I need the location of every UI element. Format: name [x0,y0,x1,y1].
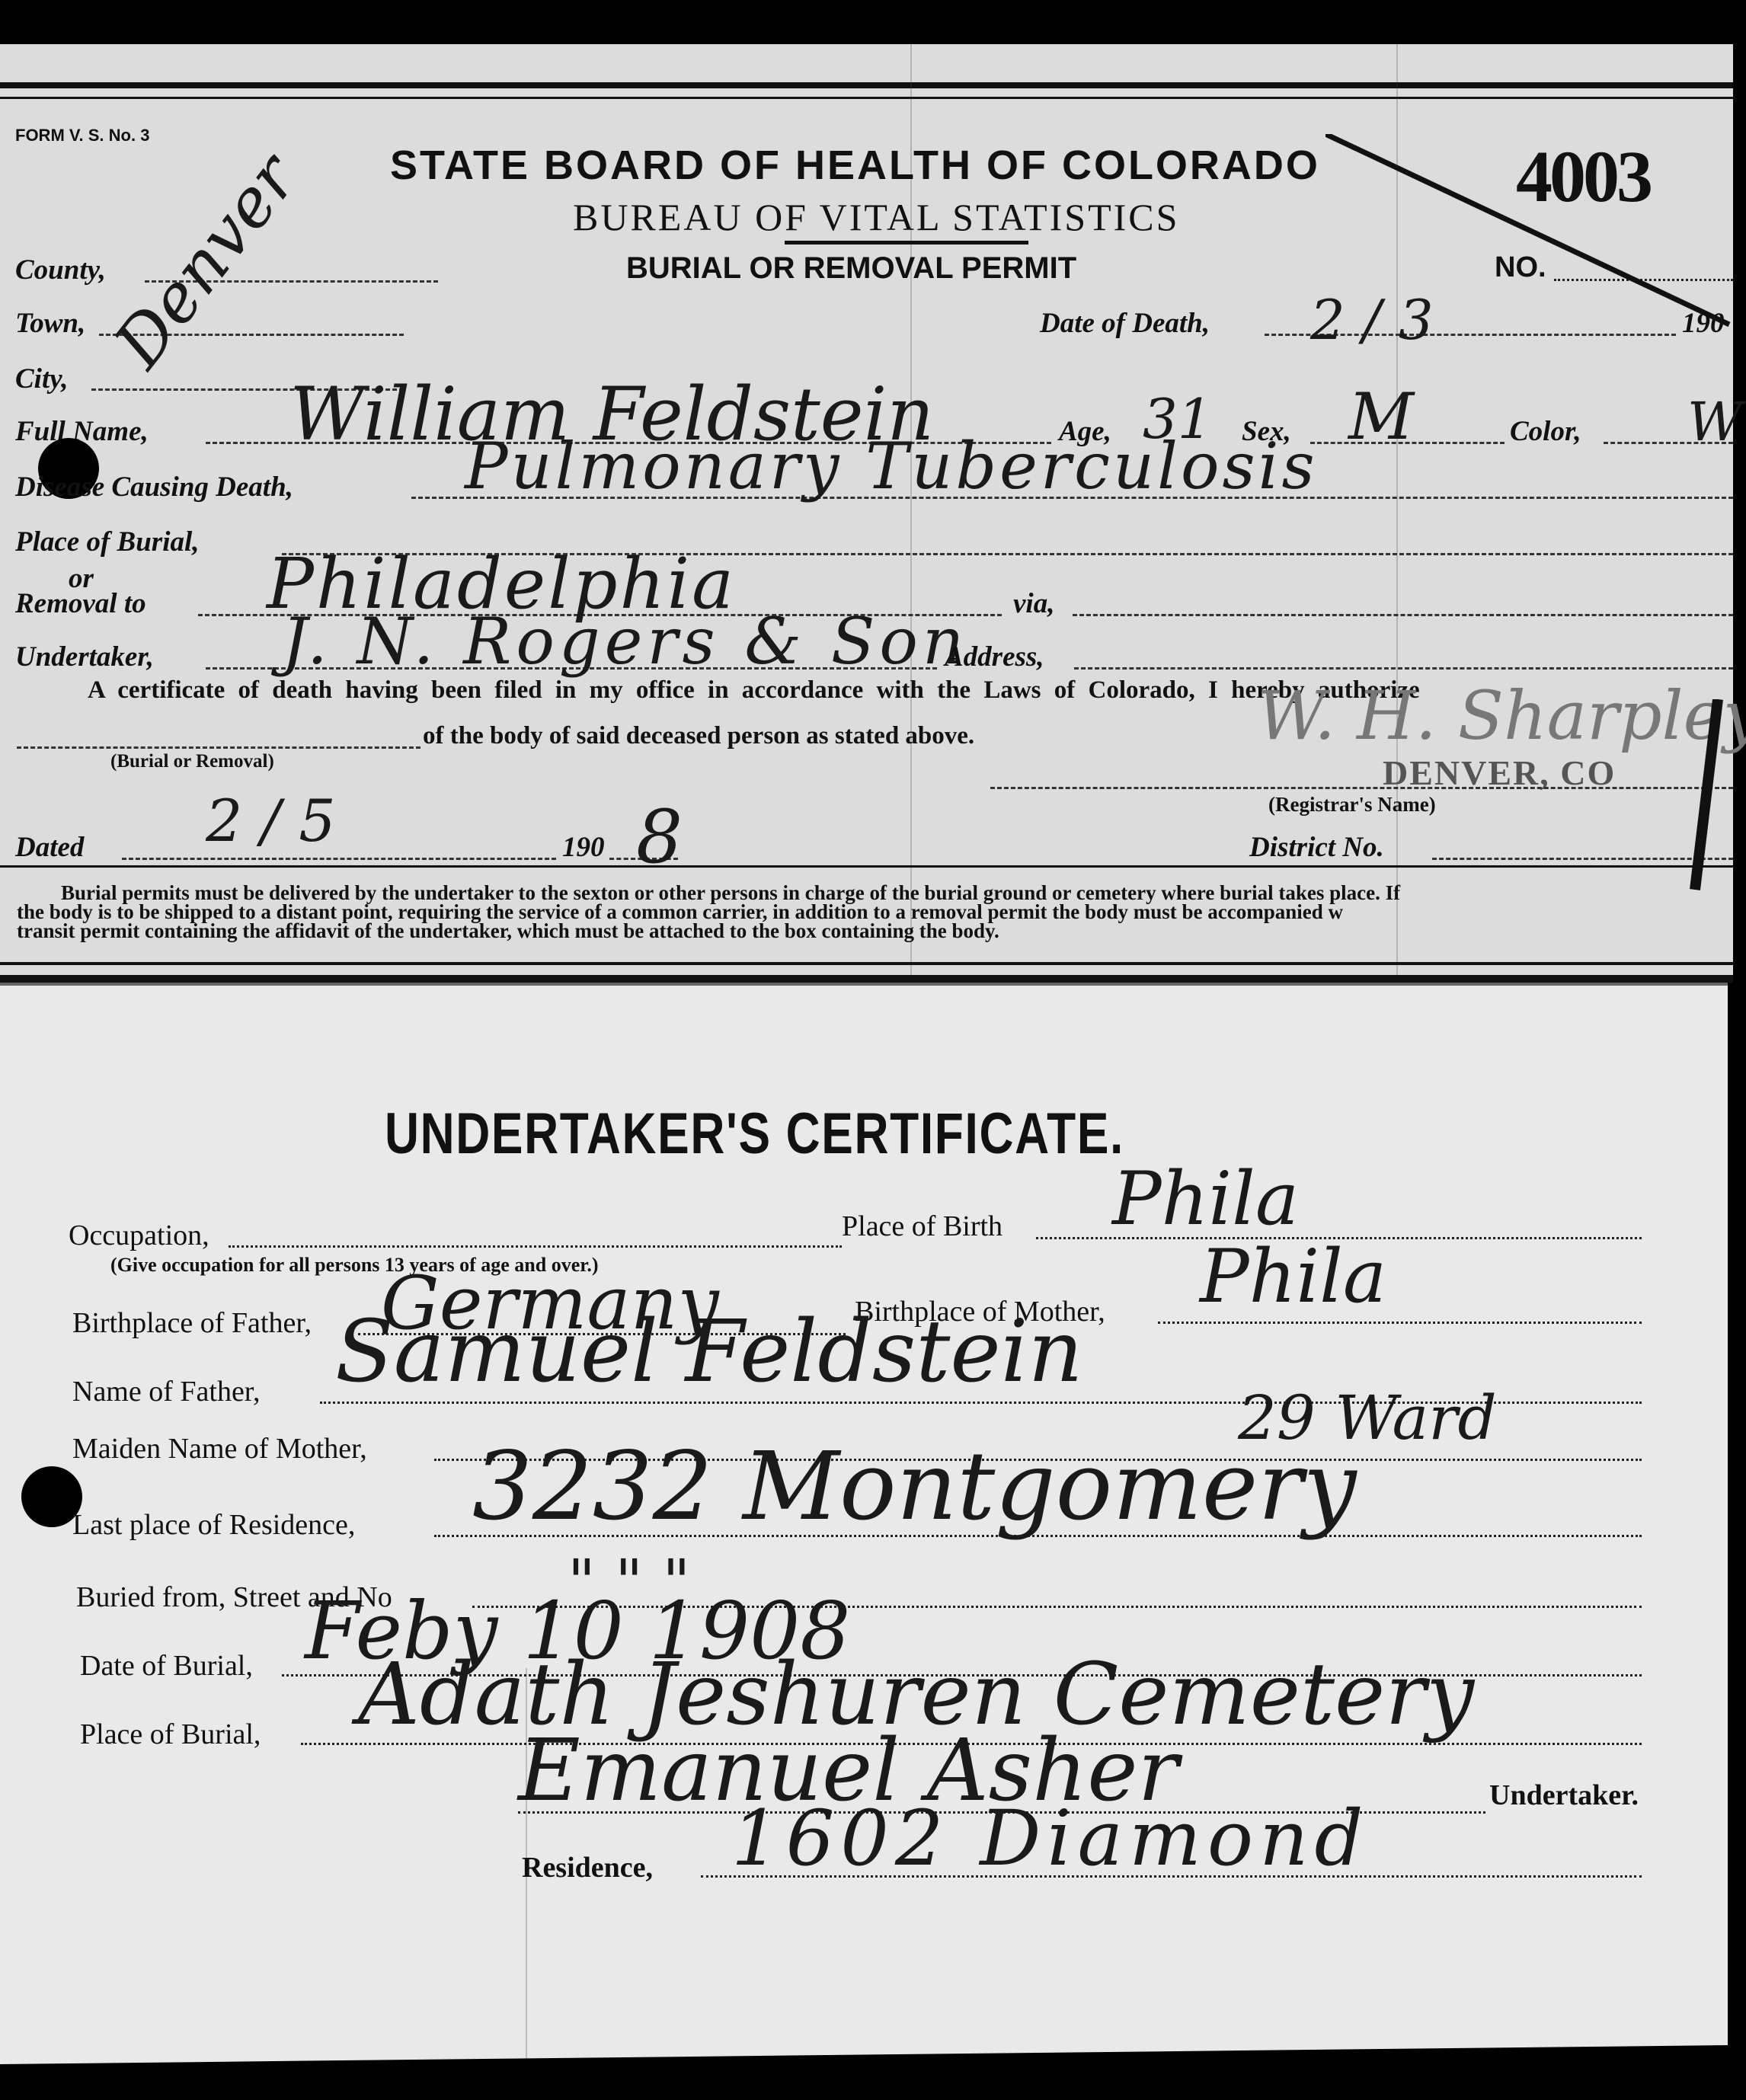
removal-to-label: Removal to [15,587,146,620]
authorization-text: A certificate of death having been filed… [88,676,1420,705]
burial-or-removal-caption: (Burial or Removal) [110,751,274,772]
page-title: STATE BOARD OF HEALTH OF COLORADO [390,142,1320,189]
registrar-caption: (Registrar's Name) [1268,793,1436,817]
burial-permit-section: FORM V. S. No. 3 STATE BOARD OF HEALTH O… [0,44,1733,983]
occupation-label: Occupation, [69,1219,209,1252]
undertaker-label: Undertaker, [15,641,154,673]
address-label: Address, [945,641,1044,673]
city-label: City, [15,363,69,395]
via-label: via, [1013,587,1054,620]
certificate-title: UNDERTAKER'S CERTIFICATE. [385,1101,1124,1167]
undertaker-value: J. N. Rogers & Son [282,604,968,679]
town-label: Town, [15,307,85,340]
torn-edge [1672,699,1733,897]
residence-label: Last place of Residence, [72,1508,355,1542]
undertaker-residence-label: Residence, [522,1851,653,1884]
subtitle-underline [785,241,1028,245]
color-label: Color, [1510,415,1581,448]
name-father-label: Name of Father, [72,1375,260,1408]
sex-value: M [1348,379,1414,454]
place-of-birth-value: Phila [1112,1156,1299,1242]
bottom-rule-thick [0,975,1733,983]
disease-label: Disease Causing Death, [15,471,293,503]
bottom-rule-thin [0,962,1733,965]
top-thin-rule [0,97,1733,99]
place-burial-label: Place of Burial, [80,1718,261,1751]
undertaker-caption: Undertaker. [1489,1779,1639,1812]
place-of-burial-label: Place of Burial, [15,526,200,558]
bureau-subtitle: BUREAU OF VITAL STATISTICS [573,195,1179,239]
top-double-rule [0,82,1733,88]
date-of-death-label: Date of Death, [1040,307,1210,340]
birthplace-mother-value: Phila [1200,1234,1386,1319]
undertaker-certificate-section: UNDERTAKER'S CERTIFICATE. Occupation, (G… [0,983,1728,2064]
county-value: Denver [99,139,312,382]
notice-top-rule [0,865,1733,868]
permit-type: BURIAL OR REMOVAL PERMIT [626,251,1076,286]
dated-value: 2 / 5 [206,787,336,855]
place-of-birth-label: Place of Birth [842,1210,1003,1243]
county-label: County, [15,254,106,286]
color-value: W [1687,391,1742,453]
dated-label: Dated [15,831,84,864]
residence-value: 3232 Montgomery [472,1432,1357,1542]
form-id: FORM V. S. No. 3 [15,126,149,145]
authorization-text-2: of the body of said deceased person as s… [423,722,974,750]
name-father-value: Samuel Feldstein [335,1303,1083,1402]
dated-year-prefix: 190 [562,831,605,864]
birthplace-father-label: Birthplace of Father, [72,1306,312,1340]
undertaker-residence-value: 1602 Diamond [731,1794,1370,1883]
year-prefix: 190 [1682,307,1725,340]
disease-value: Pulmonary Tuberculosis [465,429,1318,503]
maiden-mother-label: Maiden Name of Mother, [72,1432,367,1466]
date-burial-label: Date of Burial, [80,1649,253,1683]
district-label: District No. [1249,831,1384,864]
date-of-death-value: 2 / 3 [1310,288,1434,352]
notice-line-3: transit permit containing the affidavit … [17,922,999,941]
